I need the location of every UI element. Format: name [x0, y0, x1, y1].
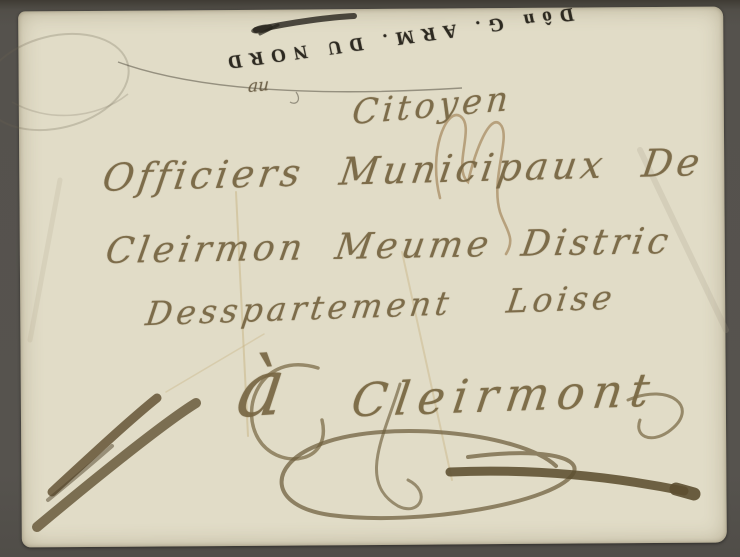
letter-paper — [18, 7, 727, 548]
destination-name: Cleirmont — [348, 363, 661, 428]
letter-photo: Dôn G. ARM. DU NORD au Citoyen Officiers… — [0, 0, 740, 557]
address-prefix: au — [248, 75, 270, 97]
